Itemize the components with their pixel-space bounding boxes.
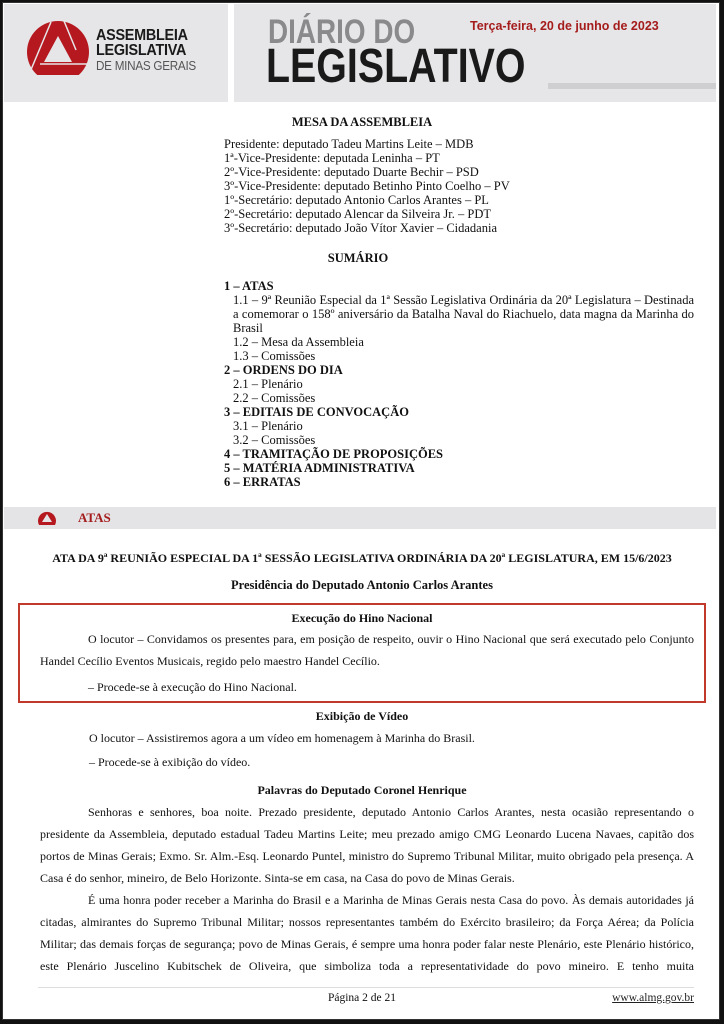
header-divider <box>548 83 716 89</box>
sumario-heading: 3 – EDITAIS DE CONVOCAÇÃO <box>224 405 694 419</box>
org-line-2: LEGISLATIVA <box>96 43 196 58</box>
sumario-heading: 6 – ERRATAS <box>224 475 694 489</box>
hino-title: Execução do Hino Nacional <box>0 611 724 626</box>
sumario-subitem: 1.3 – Comissões <box>224 349 694 363</box>
palavras-paragraph-2: É uma honra poder receber a Marinha do B… <box>40 889 694 977</box>
almg-logo-icon <box>24 20 92 82</box>
publication-date: Terça-feira, 20 de junho de 2023 <box>470 19 659 33</box>
mesa-title: MESA DA ASSEMBLEIA <box>0 115 724 130</box>
mesa-member: 1º-Secretário: deputado Antonio Carlos A… <box>224 193 510 207</box>
section-label: ATAS <box>78 510 111 526</box>
sumario-heading: 5 – MATÉRIA ADMINISTRATIVA <box>224 461 694 475</box>
mesa-member: 2º-Vice-Presidente: deputado Duarte Bech… <box>224 165 510 179</box>
mesa-member: 1ª-Vice-Presidente: deputada Leninha – P… <box>224 151 510 165</box>
sumario-heading: 1 – ATAS <box>224 279 694 293</box>
video-paragraph-1: O locutor – Assistiremos agora a um víde… <box>89 727 724 749</box>
website-link[interactable]: www.almg.gov.br <box>612 992 694 1004</box>
sumario-title: SUMÁRIO <box>0 251 720 266</box>
sumario-subitem: 1.1 – 9ª Reunião Especial da 1ª Sessão L… <box>224 293 694 335</box>
publication-title-line-2: LEGISLATIVO <box>266 44 525 90</box>
video-title: Exibição de Vídeo <box>0 709 724 724</box>
mesa-members-list: Presidente: deputado Tadeu Martins Leite… <box>224 137 510 235</box>
video-paragraph-2: – Procede-se à exibição do vídeo. <box>89 751 724 773</box>
mesa-member: Presidente: deputado Tadeu Martins Leite… <box>224 137 510 151</box>
sumario-list: 1 – ATAS1.1 – 9ª Reunião Especial da 1ª … <box>224 279 694 489</box>
sumario-subitem: 2.1 – Plenário <box>224 377 694 391</box>
org-line-3: DE MINAS GERAIS <box>96 58 196 73</box>
section-bar <box>4 507 716 529</box>
mesa-member: 3º-Vice-Presidente: deputado Betinho Pin… <box>224 179 510 193</box>
sumario-heading: 2 – ORDENS DO DIA <box>224 363 694 377</box>
sumario-subitem: 2.2 – Comissões <box>224 391 694 405</box>
sumario-subitem: 3.2 – Comissões <box>224 433 694 447</box>
org-line-1: ASSEMBLEIA <box>96 28 196 43</box>
mesa-member: 3º-Secretário: deputado João Vítor Xavie… <box>224 221 510 235</box>
almg-section-icon <box>36 509 58 527</box>
mesa-member: 2º-Secretário: deputado Alencar da Silve… <box>224 207 510 221</box>
organization-name: ASSEMBLEIA LEGISLATIVA DE MINAS GERAIS <box>96 28 207 73</box>
ata-title: ATA DA 9ª REUNIÃO ESPECIAL DA 1ª SESSÃO … <box>0 551 724 566</box>
sumario-subitem: 3.1 – Plenário <box>224 419 694 433</box>
hino-paragraph-2: – Procede-se à execução do Hino Nacional… <box>40 676 694 698</box>
hino-paragraph-1: O locutor – Convidamos os presentes para… <box>40 628 694 672</box>
palavras-paragraph-1: Senhoras e senhores, boa noite. Prezado … <box>40 801 694 889</box>
palavras-title: Palavras do Deputado Coronel Henrique <box>0 783 724 798</box>
sumario-subitem: 1.2 – Mesa da Assembleia <box>224 335 694 349</box>
sumario-heading: 4 – TRAMITAÇÃO DE PROPOSIÇÕES <box>224 447 694 461</box>
footer-divider <box>38 987 694 988</box>
presidencia-line: Presidência do Deputado Antonio Carlos A… <box>0 578 724 593</box>
